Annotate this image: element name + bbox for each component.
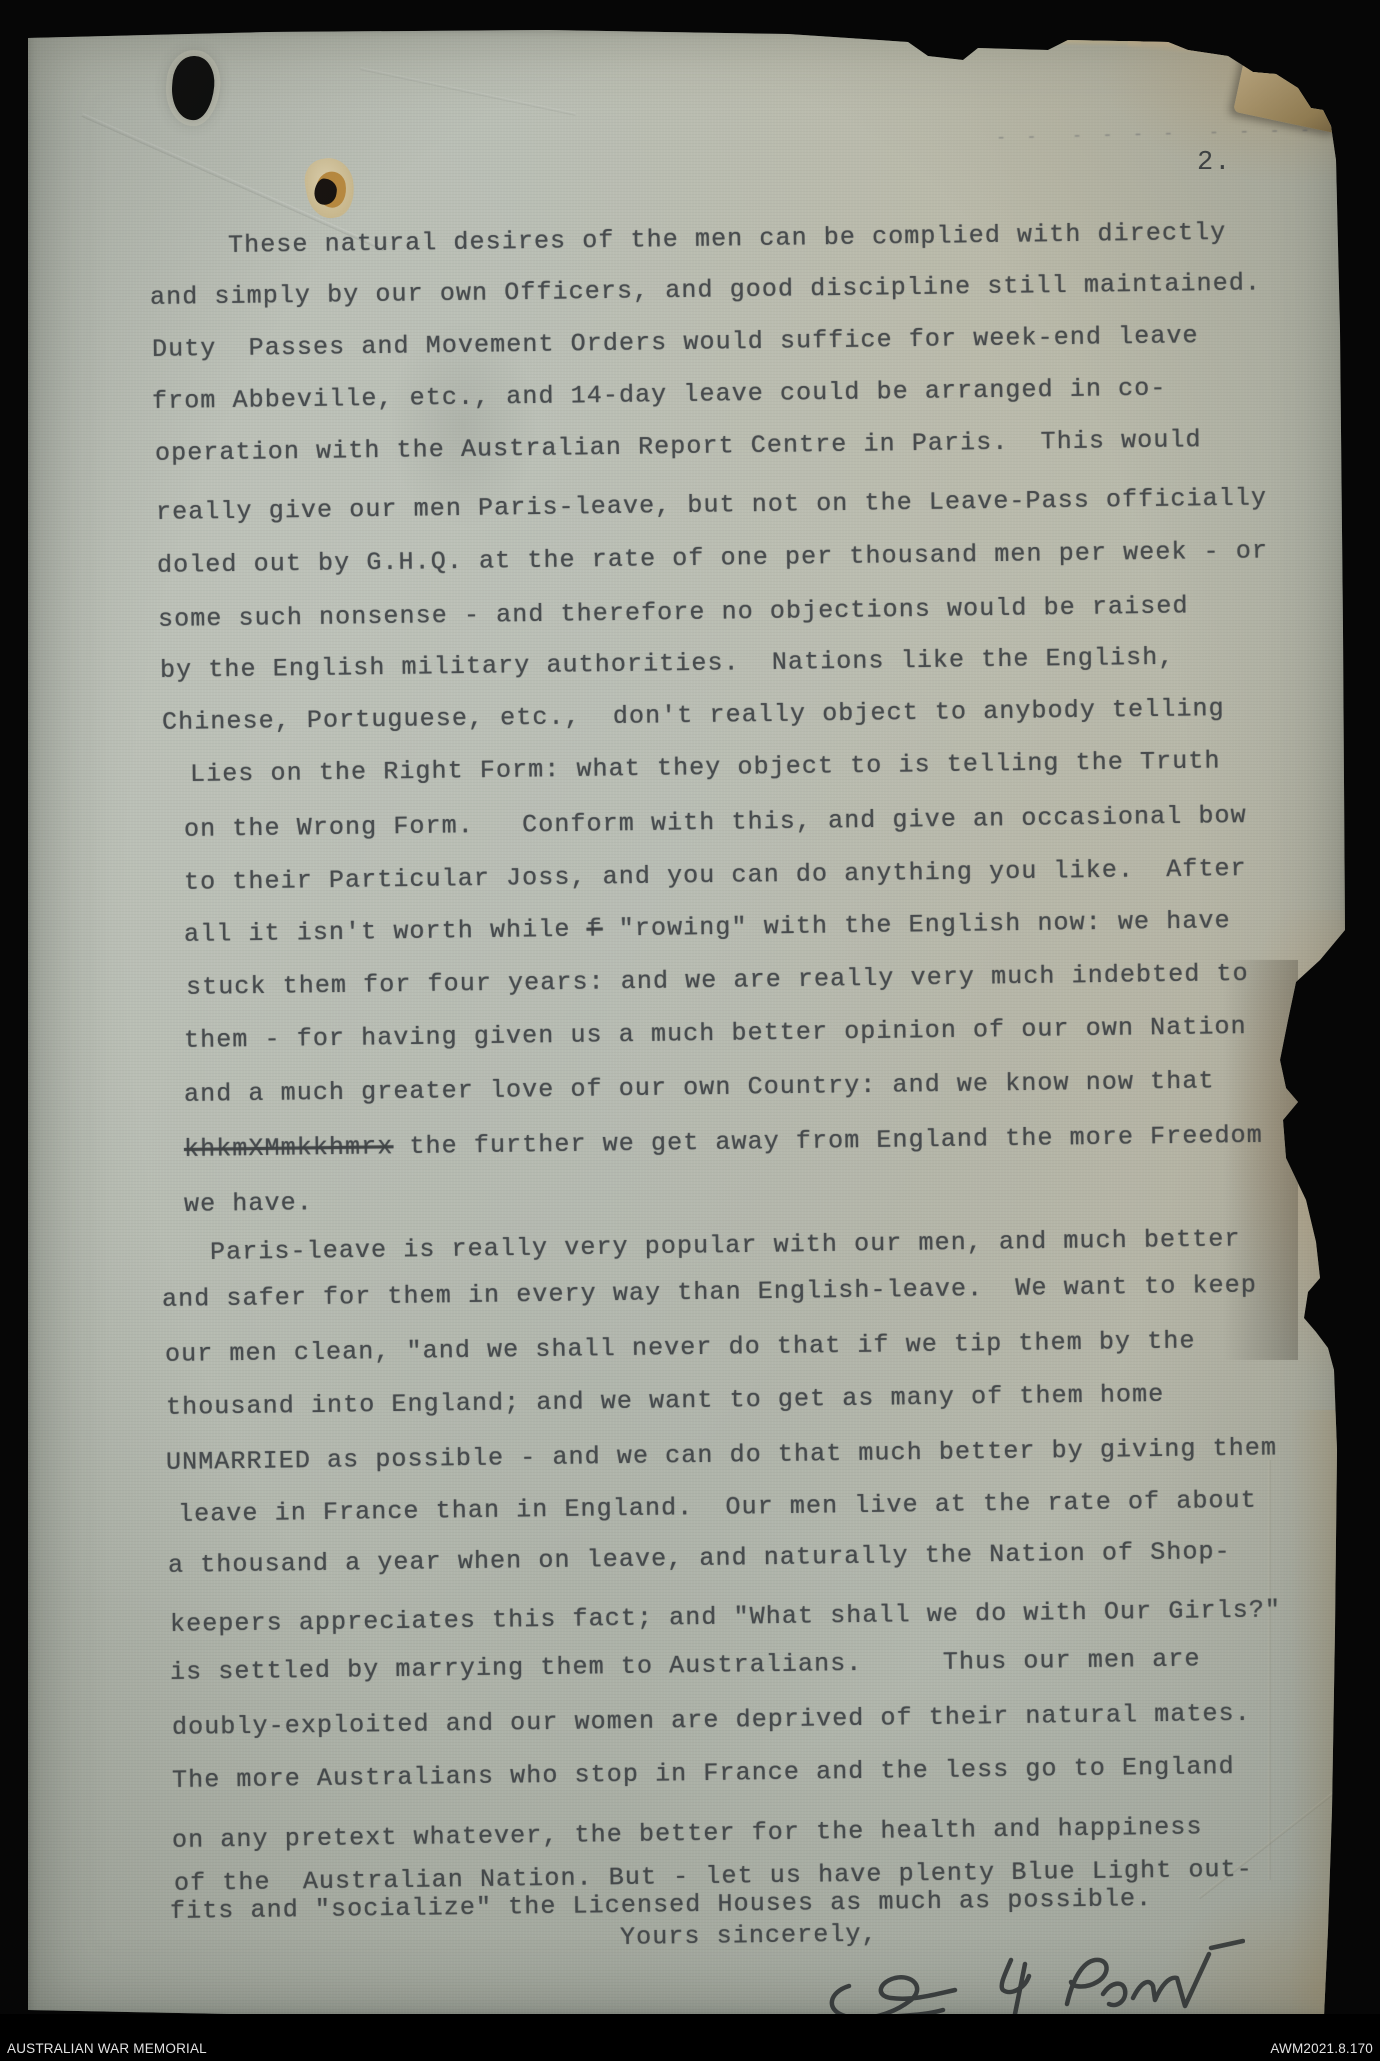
paper-hole-small xyxy=(301,154,359,221)
typed-line: and simply by our own Officers, and good… xyxy=(150,268,1261,313)
crease-right-tear xyxy=(1299,1127,1369,1295)
footer-bar: AUSTRALIAN WAR MEMORIAL AWM2021.8.170 xyxy=(0,2014,1380,2061)
footer-right-label: AWM2021.8.170 xyxy=(1270,2041,1373,2056)
typed-line: thousand into England; and we want to ge… xyxy=(166,1380,1165,1423)
typed-line: to their Particular Joss, and you can do… xyxy=(184,854,1247,898)
typed-line: really give our men Paris-leave, but not… xyxy=(156,483,1267,528)
crease-top-mid xyxy=(360,67,576,116)
paper-hole-top-left xyxy=(169,54,216,121)
typed-line: operation with the Australian Report Cen… xyxy=(155,425,1202,469)
typed-line: we have. xyxy=(184,1188,313,1220)
typed-line: all it isn't worth while f "rowing" with… xyxy=(184,906,1231,950)
typed-line: These natural desires of the men can be … xyxy=(228,218,1227,261)
folded-edge-flap xyxy=(1127,27,1253,60)
typed-line: khkmXMmkkhmrx the further we get away fr… xyxy=(184,1121,1263,1165)
crease-right-vertical xyxy=(1268,1460,1271,1880)
typed-line: Paris-leave is really very popular with … xyxy=(210,1225,1241,1268)
typed-line: from Abbeville, etc., and 14-day leave c… xyxy=(152,374,1167,417)
typed-dotted-line: - - - - - - - - - - - - - xyxy=(996,122,1286,148)
typed-line: Duty Passes and Movement Orders would su… xyxy=(152,321,1199,365)
typed-line: on the Wrong Form. Conform with this, an… xyxy=(184,801,1247,845)
typed-line: by the English military authorities. Nat… xyxy=(160,643,1175,686)
typed-line: and safer for them in every way than Eng… xyxy=(162,1271,1257,1315)
typed-line: our men clean, "and we shall never do th… xyxy=(165,1327,1196,1370)
typed-line: doubly-exploited and our women are depri… xyxy=(172,1699,1251,1743)
typed-line: leave in France than in England. Our men… xyxy=(178,1486,1257,1530)
typed-line: some such nonsense - and therefore no ob… xyxy=(158,592,1189,635)
page-number: 2. xyxy=(1197,148,1231,178)
typed-line: stuck them for four years: and we are re… xyxy=(186,959,1249,1003)
folded-corner-flap xyxy=(1233,35,1359,135)
typed-line: The more Australians who stop in France … xyxy=(172,1752,1235,1796)
document-paper: - - - - - - - - - - - - - 2. These natur… xyxy=(28,30,1348,2016)
typed-line: them - for having given us a much better… xyxy=(184,1012,1247,1056)
typed-line: on any pretext whatever, the better for … xyxy=(172,1813,1203,1856)
typed-line: and a much greater love of our own Count… xyxy=(184,1067,1215,1110)
scanned-document-page: - - - - - - - - - - - - - 2. These natur… xyxy=(0,0,1380,2061)
typed-line: Chinese, Portuguese, etc., don't really … xyxy=(162,694,1225,738)
typed-line: doled out by G.H.Q. at the rate of one p… xyxy=(157,536,1268,581)
stain-right-lower-edge xyxy=(1290,1410,1348,2030)
typed-line: UNMARRIED as possible - and we can do th… xyxy=(166,1433,1277,1478)
stain-top-band xyxy=(28,30,1348,120)
typed-line: is settled by marrying them to Australia… xyxy=(170,1645,1201,1688)
footer-left-label: AUSTRALIAN WAR MEMORIAL xyxy=(7,2041,207,2056)
typed-line: keepers appreciates this fact; and "What… xyxy=(170,1595,1281,1640)
typed-line: a thousand a year when on leave, and nat… xyxy=(168,1537,1231,1581)
folded-edge-strip xyxy=(926,28,1141,48)
typed-line: Lies on the Right Form: what they object… xyxy=(190,747,1221,790)
